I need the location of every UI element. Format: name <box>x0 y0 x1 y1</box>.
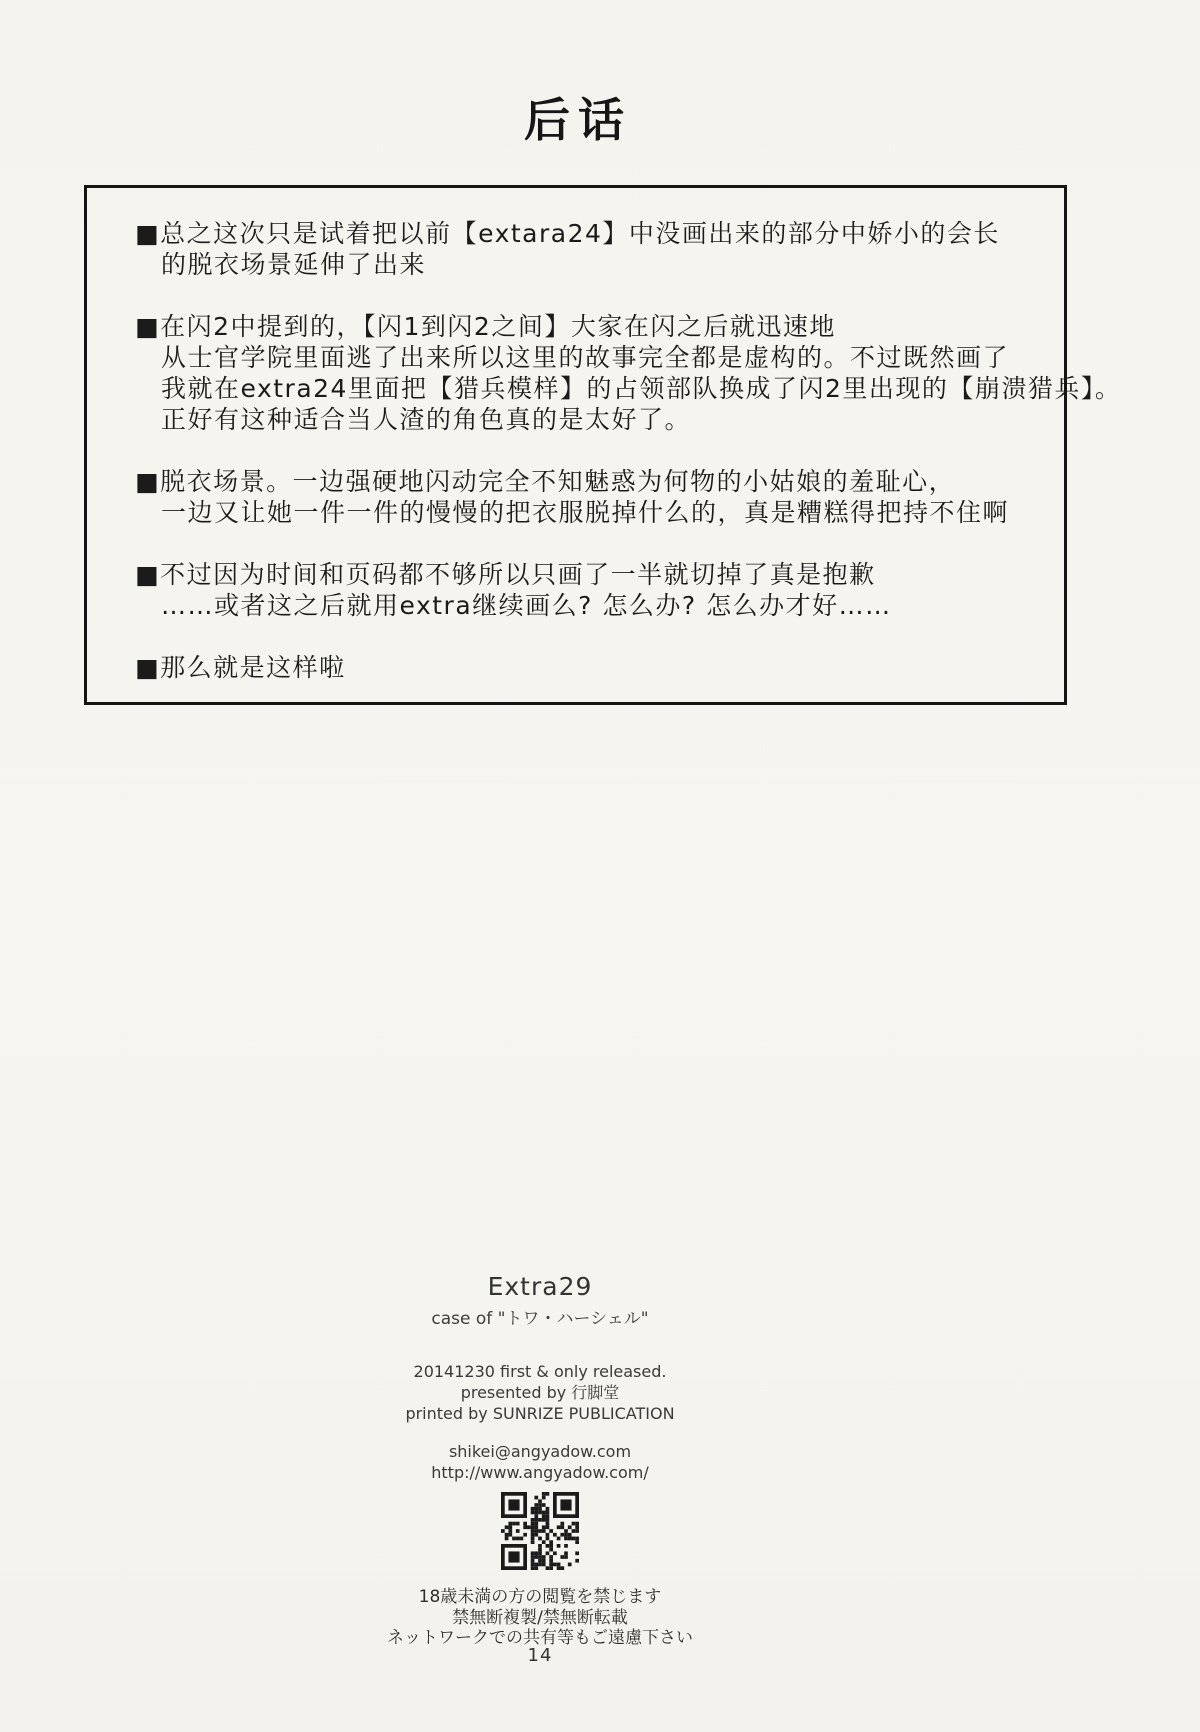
afterword-box: ■总之这次只是试着把以前【extara24】中没画出来的部分中娇小的会长 的脱衣… <box>84 185 1067 705</box>
afterword-line: 正好有这种适合当人渣的角色真的是太好了。 <box>135 404 1036 435</box>
colophon-url: http://www.angyadow.com/ <box>0 1462 1080 1483</box>
afterword-paragraph: ■在闪2中提到的，【闪1到闪2之间】大家在闪之后就迅速地 从士官学院里面逃了出来… <box>135 311 1036 435</box>
colophon-contact-block: shikei@angyadow.com http://www.angyadow.… <box>0 1441 1080 1483</box>
afterword-paragraph: ■不过因为时间和页码都不够所以只画了一半就切掉了真是抱歉 ……或者这之后就用ex… <box>135 559 1036 621</box>
age-restriction-notice: 18歳未満の方の閲覧を禁じます <box>0 1587 1080 1608</box>
colophon-printed-by: printed by SUNRIZE PUBLICATION <box>0 1403 1080 1424</box>
afterword-line: ■总之这次只是试着把以前【extara24】中没画出来的部分中娇小的会长 <box>135 218 1036 249</box>
afterword-line: ■在闪2中提到的，【闪1到闪2之间】大家在闪之后就迅速地 <box>135 311 1036 342</box>
colophon-release-block: 20141230 first & only released. presente… <box>0 1361 1080 1424</box>
colophon-email: shikei@angyadow.com <box>0 1441 1080 1462</box>
page-number: 14 <box>0 1645 1080 1666</box>
afterword-paragraph: ■脱衣场景。一边强硬地闪动完全不知魅惑为何物的小姑娘的羞耻心， 一边又让她一件一… <box>135 466 1036 528</box>
afterword-line: ■那么就是这样啦 <box>135 652 1036 683</box>
afterword-line: ■脱衣场景。一边强硬地闪动完全不知魅惑为何物的小姑娘的羞耻心， <box>135 466 1036 497</box>
afterword-paragraph: ■那么就是这样啦 <box>135 652 1036 683</box>
colophon-release-date: 20141230 first & only released. <box>0 1361 1080 1382</box>
colophon-presented-by: presented by 行脚堂 <box>0 1382 1080 1403</box>
colophon: Extra29 case of "トワ・ハーシェル" 20141230 firs… <box>0 1272 1080 1649</box>
colophon-subtitle: case of "トワ・ハーシェル" <box>0 1304 1080 1329</box>
afterword-paragraph: ■总之这次只是试着把以前【extara24】中没画出来的部分中娇小的会长 的脱衣… <box>135 218 1036 280</box>
afterword-line: 我就在extra24里面把【猎兵模样】的占领部队换成了闪2里出现的【崩溃猎兵】。 <box>135 373 1036 404</box>
qr-code <box>501 1555 579 1574</box>
scanned-afterword-page: { "page": { "title": "后话", "page_number"… <box>0 0 1200 1732</box>
afterword-line: 从士官学院里面逃了出来所以这里的故事完全都是虚构的。不过既然画了 <box>135 342 1036 373</box>
colophon-notices: 18歳未満の方の閲覧を禁じます 禁無断複製/禁無断転載 ネットワークでの共有等も… <box>0 1587 1080 1649</box>
page-title: 后话 <box>0 84 1156 150</box>
afterword-line: ■不过因为时间和页码都不够所以只画了一半就切掉了真是抱歉 <box>135 559 1036 590</box>
colophon-title: Extra29 <box>0 1272 1080 1301</box>
afterword-line: 的脱衣场景延伸了出来 <box>135 249 1036 280</box>
afterword-line: 一边又让她一件一件的慢慢的把衣服脱掉什么的，真是糟糕得把持不住啊 <box>135 497 1036 528</box>
afterword-line: ……或者这之后就用extra继续画么? 怎么办? 怎么办才好…… <box>135 590 1036 621</box>
no-reproduction-notice: 禁無断複製/禁無断転載 <box>0 1608 1080 1629</box>
